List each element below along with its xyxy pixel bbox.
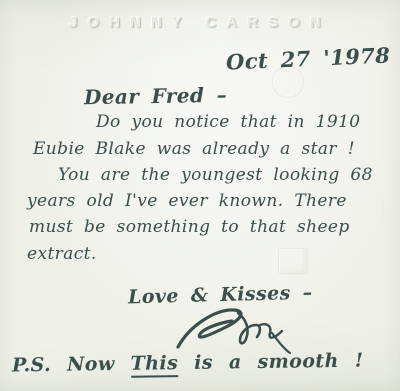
greeting-line: Dear Fred – bbox=[84, 83, 227, 109]
embossed-crest-watermark bbox=[278, 248, 308, 274]
letter-paper: JOHNNY CARSON Oct 27 '1978 Dear Fred – D… bbox=[0, 0, 400, 391]
body-line: Eubie Blake was already a star ! bbox=[33, 139, 355, 159]
handwritten-date: Oct 27 '1978 bbox=[226, 42, 391, 74]
postscript-prefix: P.S. Now bbox=[12, 353, 131, 377]
postscript-suffix: is a smooth ! bbox=[178, 350, 364, 375]
embossed-letterhead: JOHNNY CARSON bbox=[0, 14, 400, 31]
body-line: must be something to that sheep bbox=[29, 217, 350, 237]
body-line: extract. bbox=[27, 244, 97, 264]
body-line: You are the youngest looking 68 bbox=[58, 165, 373, 185]
postscript-underlined-word: This bbox=[131, 352, 179, 378]
postscript-line: P.S. Now This is a smooth ! bbox=[12, 350, 364, 377]
body-line: years old I've ever known. There bbox=[27, 191, 347, 211]
body-line: Do you notice that in 1910 bbox=[96, 112, 361, 132]
